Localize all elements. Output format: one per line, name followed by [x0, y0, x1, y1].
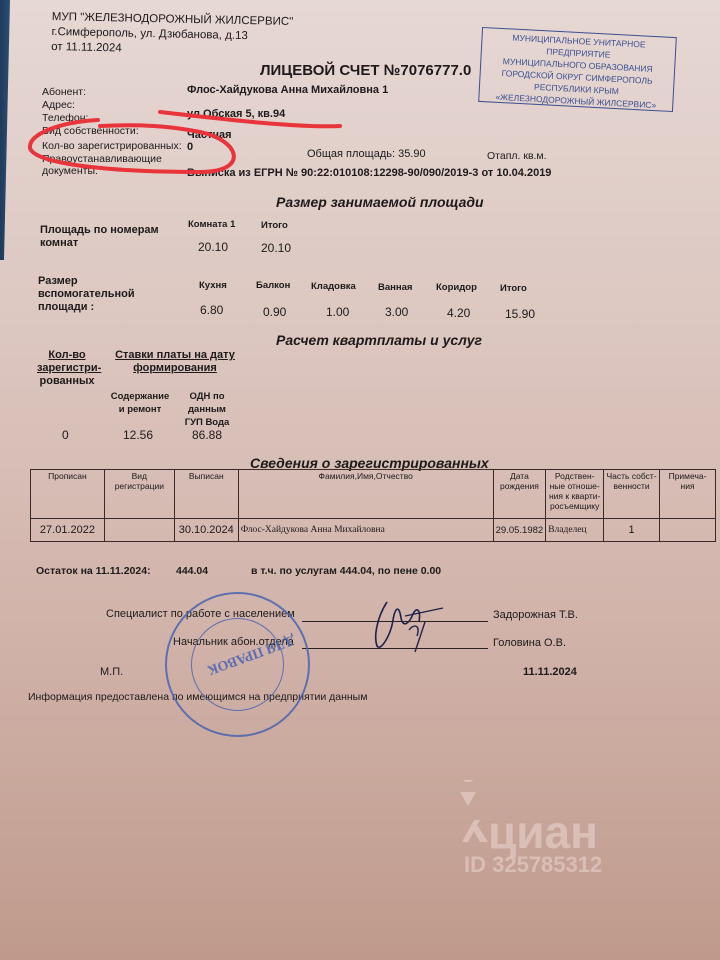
- specialist-name: Задорожная Т.В.: [493, 609, 578, 621]
- column-header: Дата рождения: [493, 470, 546, 519]
- balance-detail: в т.ч. по услугам 444.04, по пене 0.00: [251, 565, 441, 577]
- handwritten-signature: [365, 594, 455, 654]
- ownership-share-cell: 1: [604, 519, 660, 542]
- maintenance-value: 12.56: [123, 428, 153, 442]
- column-header: Выписан: [174, 470, 238, 519]
- odn-header-line: ОДН по: [182, 390, 232, 403]
- rooms-area-label: Площадь по номерам комнат: [40, 224, 159, 250]
- address-value: ул.Обская 5, кв.94: [187, 108, 285, 120]
- rates-header-line: формирования: [110, 362, 240, 375]
- maintenance-header: Содержание и ремонт: [106, 390, 174, 416]
- rates-header-line: Ставки платы на дату: [110, 349, 240, 362]
- balance-value: 444.04: [176, 565, 208, 577]
- total-area: Общая площадь: 35.90: [307, 148, 426, 160]
- count-header-line: зарегистри-: [37, 362, 97, 375]
- docs-value: Выписка из ЕГРН № 90:22:010108:12298-90/…: [187, 167, 551, 179]
- registered-table: Прописан Вид регистрации Выписан Фамилия…: [30, 469, 716, 542]
- odn-header-line: данным: [182, 403, 232, 416]
- storage-header: Кладовка: [311, 281, 356, 292]
- bathroom-value: 3.00: [385, 305, 408, 319]
- rooms-label-line: комнат: [40, 237, 159, 250]
- ownership-value: Частная: [187, 129, 232, 141]
- phone-label: Телефон:: [42, 112, 88, 124]
- rent-count-value: 0: [62, 428, 69, 442]
- head-name: Головина О.В.: [493, 637, 566, 649]
- column-header: Фамилия,Имя,Отчество: [238, 470, 493, 519]
- maintenance-header-line: Содержание: [106, 390, 174, 403]
- corridor-value: 4.20: [447, 306, 470, 320]
- watermark-listing-id: ID 325785312: [464, 852, 602, 878]
- room-1-value: 20.10: [198, 240, 228, 254]
- kitchen-header: Кухня: [199, 280, 227, 291]
- balance-label: Остаток на 11.11.2024:: [36, 565, 151, 577]
- org-header: МУП "ЖЕЛЕЗНОДОРОЖНЫЙ ЖИЛСЕРВИС" г.Симфер…: [51, 10, 293, 60]
- document-title: ЛИЦЕВОЙ СЧЕТ №7076777.0: [260, 62, 471, 79]
- count-header-line: рованных: [37, 375, 97, 388]
- kitchen-value: 6.80: [200, 303, 223, 317]
- balcony-value: 0.90: [263, 305, 286, 319]
- rooms-label-line: Площадь по номерам: [40, 224, 159, 237]
- aux-label-line: Размер: [38, 275, 135, 288]
- organization-stamp: МУНИЦИПАЛЬНОЕ УНИТАРНОЕ ПРЕДПРИЯТИЕ МУНИ…: [478, 27, 677, 112]
- aux-area-label: Размер вспомогательной площади :: [38, 275, 135, 314]
- aux-label-line: площади :: [38, 301, 135, 314]
- odn-header: ОДН по данным ГУП Вода: [182, 390, 232, 429]
- room-1-header: Комната 1: [188, 219, 235, 230]
- docs-label-2: документы:: [42, 165, 98, 177]
- notes-cell: [660, 519, 716, 542]
- ownership-label: Вид собственности:: [42, 125, 139, 137]
- address-label: Адрес:: [42, 99, 75, 111]
- subscriber-value: Флос-Хайдукова Анна Михайловна 1: [187, 84, 388, 96]
- relation-cell: Владелец: [546, 519, 604, 542]
- balcony-header: Балкон: [256, 280, 290, 291]
- aux-label-line: вспомогательной: [38, 288, 135, 301]
- maintenance-header-line: и ремонт: [106, 403, 174, 416]
- deregistered-date-cell: 30.10.2024: [174, 519, 238, 542]
- column-header: Примеча-ния: [660, 470, 716, 519]
- bathroom-header: Ванная: [378, 282, 412, 293]
- odn-value: 86.88: [192, 428, 222, 442]
- column-header: Вид регистрации: [104, 470, 174, 519]
- column-header: Родствен-ные отноше-ния к кварти-росъемщ…: [546, 470, 604, 519]
- registered-count-label: Кол-во зарегистрированных:: [42, 140, 182, 152]
- subscriber-label: Абонент:: [42, 86, 86, 98]
- rooms-total-header: Итого: [261, 220, 288, 231]
- count-header-line: Кол-во: [37, 349, 97, 362]
- column-header: Прописан: [31, 470, 105, 519]
- area-section-title: Размер занимаемой площади: [276, 194, 484, 210]
- registration-type-cell: [104, 519, 174, 542]
- registered-date-cell: 27.01.2022: [31, 519, 105, 542]
- storage-value: 1.00: [326, 305, 349, 319]
- rent-count-header: Кол-во зарегистри- рованных: [37, 349, 97, 388]
- mp-label: М.П.: [100, 666, 123, 678]
- column-header: Часть собст-венности: [604, 470, 660, 519]
- corridor-header: Коридор: [436, 282, 477, 293]
- table-row: 27.01.2022 30.10.2024 Флос-Хайдукова Анн…: [31, 519, 716, 542]
- table-header-row: Прописан Вид регистрации Выписан Фамилия…: [31, 470, 716, 519]
- registered-count-value: 0: [187, 141, 193, 153]
- aux-total-header: Итого: [500, 283, 527, 294]
- aux-total-value: 15.90: [505, 307, 535, 321]
- birth-date-cell: 29.05.1982: [493, 519, 546, 542]
- docs-label-1: Правоустанавливающие: [42, 153, 162, 165]
- rooms-total-value: 20.10: [261, 241, 291, 255]
- sign-date: 11.11.2024: [523, 666, 577, 678]
- rates-header: Ставки платы на дату формирования: [110, 349, 240, 375]
- watermark-brand: циан: [488, 805, 598, 859]
- full-name-cell: Флос-Хайдукова Анна Михайловна: [238, 519, 493, 542]
- round-seal-stamp: ДЛЯ ПРАВОК: [165, 592, 310, 737]
- heated-area: Отапл. кв.м.: [487, 150, 547, 162]
- rent-section-title: Расчет квартплаты и услуг: [276, 332, 482, 348]
